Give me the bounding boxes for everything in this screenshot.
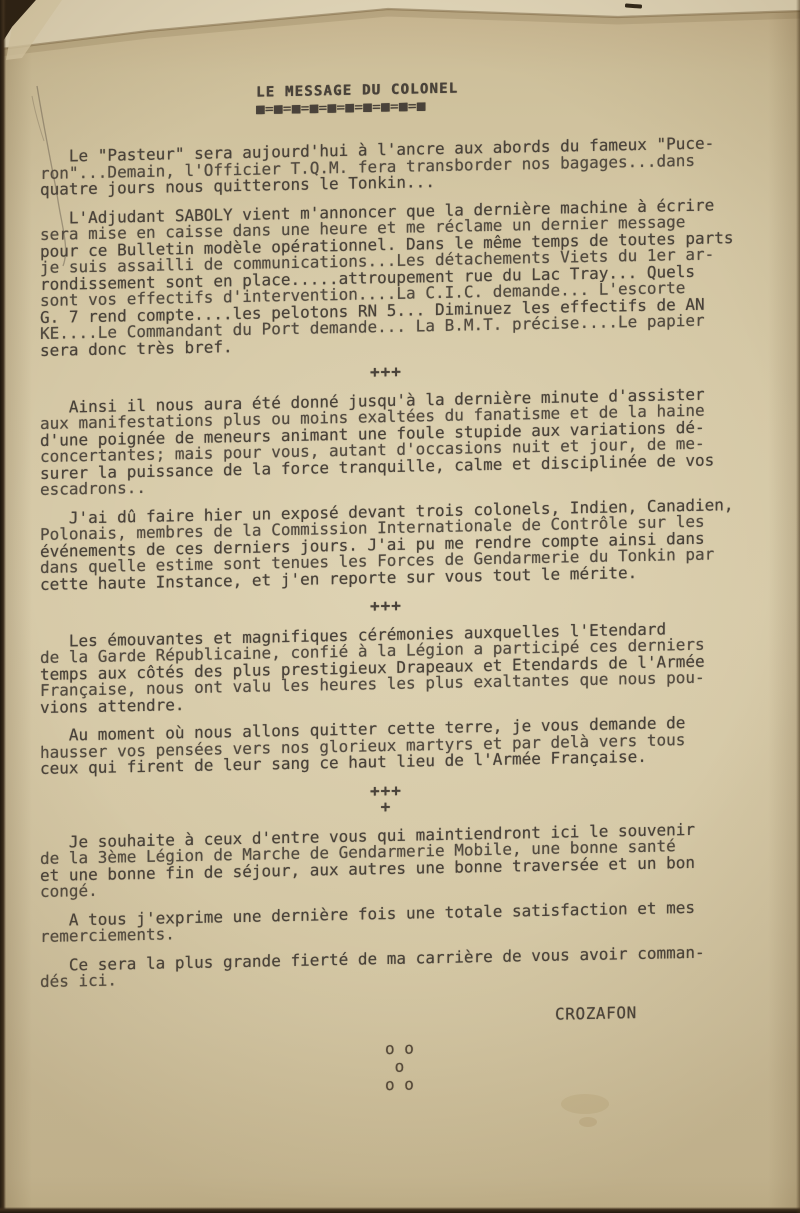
paragraph: Au moment où nous allons quitter cette t… [40, 713, 766, 777]
fold-crease-soft-shadow [0, 13, 800, 53]
document-content: LE MESSAGE DU COLONEL ■=■=■=■=■=■=■=■=■=… [40, 75, 766, 1101]
top-left-paper-sliver [6, 0, 62, 60]
paragraph: Ainsi il nous aura été donné jusqu'à la … [40, 385, 766, 499]
photo-edge-right [796, 0, 800, 1213]
paragraph: Les émouvantes et magnifiques cérémonies… [40, 619, 766, 716]
document-body: Le "Pasteur" sera aujourd'hui à l'ancre … [40, 134, 766, 990]
paragraph: Ce sera la plus grande fierté de ma carr… [40, 943, 766, 991]
paragraph: J'ai dû faire hier un exposé devant troi… [40, 496, 766, 593]
section-separator: +++ + [370, 775, 766, 816]
paragraph: A tous j'exprime une dernière fois une t… [40, 898, 766, 946]
section-separator: +++ [370, 590, 766, 614]
fold-crease-line [0, 9, 800, 49]
paragraph: Le "Pasteur" sera aujourd'hui à l'ancre … [40, 134, 766, 198]
top-left-corner-shadow [0, 0, 36, 46]
typed-circles-ornament: o o oo o [385, 1032, 766, 1094]
paper-sheet: LE MESSAGE DU COLONEL ■=■=■=■=■=■=■=■=■=… [0, 0, 800, 1213]
top-fold-area [0, 0, 800, 49]
section-separator: +++ [370, 356, 766, 380]
photo-edge-left [0, 0, 6, 1213]
paper-stain [561, 1094, 609, 1114]
top-right-speck [625, 3, 642, 8]
text-line: +++ [370, 356, 766, 380]
text-line: +++ [370, 590, 766, 614]
document-title-block: LE MESSAGE DU COLONEL ■=■=■=■=■=■=■=■=■=… [256, 75, 766, 116]
signature: CROZAFON [555, 1002, 766, 1023]
photo-edge-bottom [0, 1207, 800, 1213]
paragraph: Je souhaite à ceux d'entre vous qui main… [40, 820, 766, 901]
paragraph: L'Adjudant SABOLY vient m'annoncer que l… [40, 196, 766, 359]
paper-stain-top [579, 1117, 597, 1127]
scanned-document-photo: LE MESSAGE DU COLONEL ■=■=■=■=■=■=■=■=■=… [0, 0, 800, 1213]
